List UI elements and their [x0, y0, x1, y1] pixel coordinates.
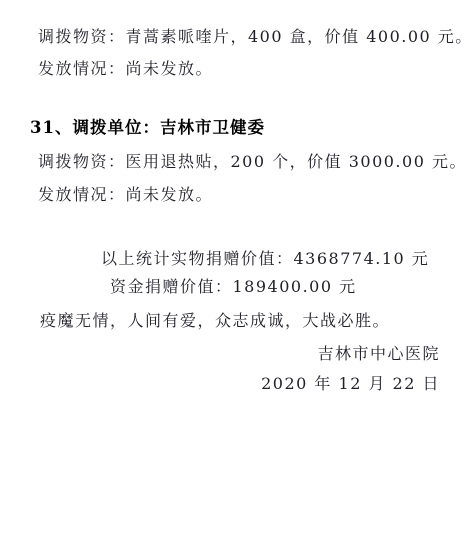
- signature-date: 2020 年 12 月 22 日: [261, 376, 440, 392]
- distribution-status-line-previous-section: 发放情况：尚未发放。: [38, 61, 213, 77]
- signature-organization: 吉林市中心医院: [317, 346, 440, 362]
- slogan-line: 疫魔无情，人间有爱，众志成诚，大战必胜。: [40, 313, 390, 329]
- materials-line-section-31: 调拨物资：医用退热贴，200 个，价值 3000.00 元。: [38, 154, 467, 170]
- materials-line-previous-section: 调拨物资：青蒿素哌喹片，400 盒，价值 400.00 元。: [38, 29, 473, 45]
- document-page: 调拨物资：青蒿素哌喹片，400 盒，价值 400.00 元。 发放情况：尚未发放…: [0, 0, 476, 559]
- distribution-status-line-section-31: 发放情况：尚未发放。: [38, 187, 213, 203]
- section-31-heading: 31、调拨单位：吉林市卫健委: [30, 120, 265, 137]
- in-kind-donation-total-line: 以上统计实物捐赠价值：4368774.10 元: [101, 251, 429, 267]
- funds-donation-total-line: 资金捐赠价值：189400.00 元: [110, 279, 357, 295]
